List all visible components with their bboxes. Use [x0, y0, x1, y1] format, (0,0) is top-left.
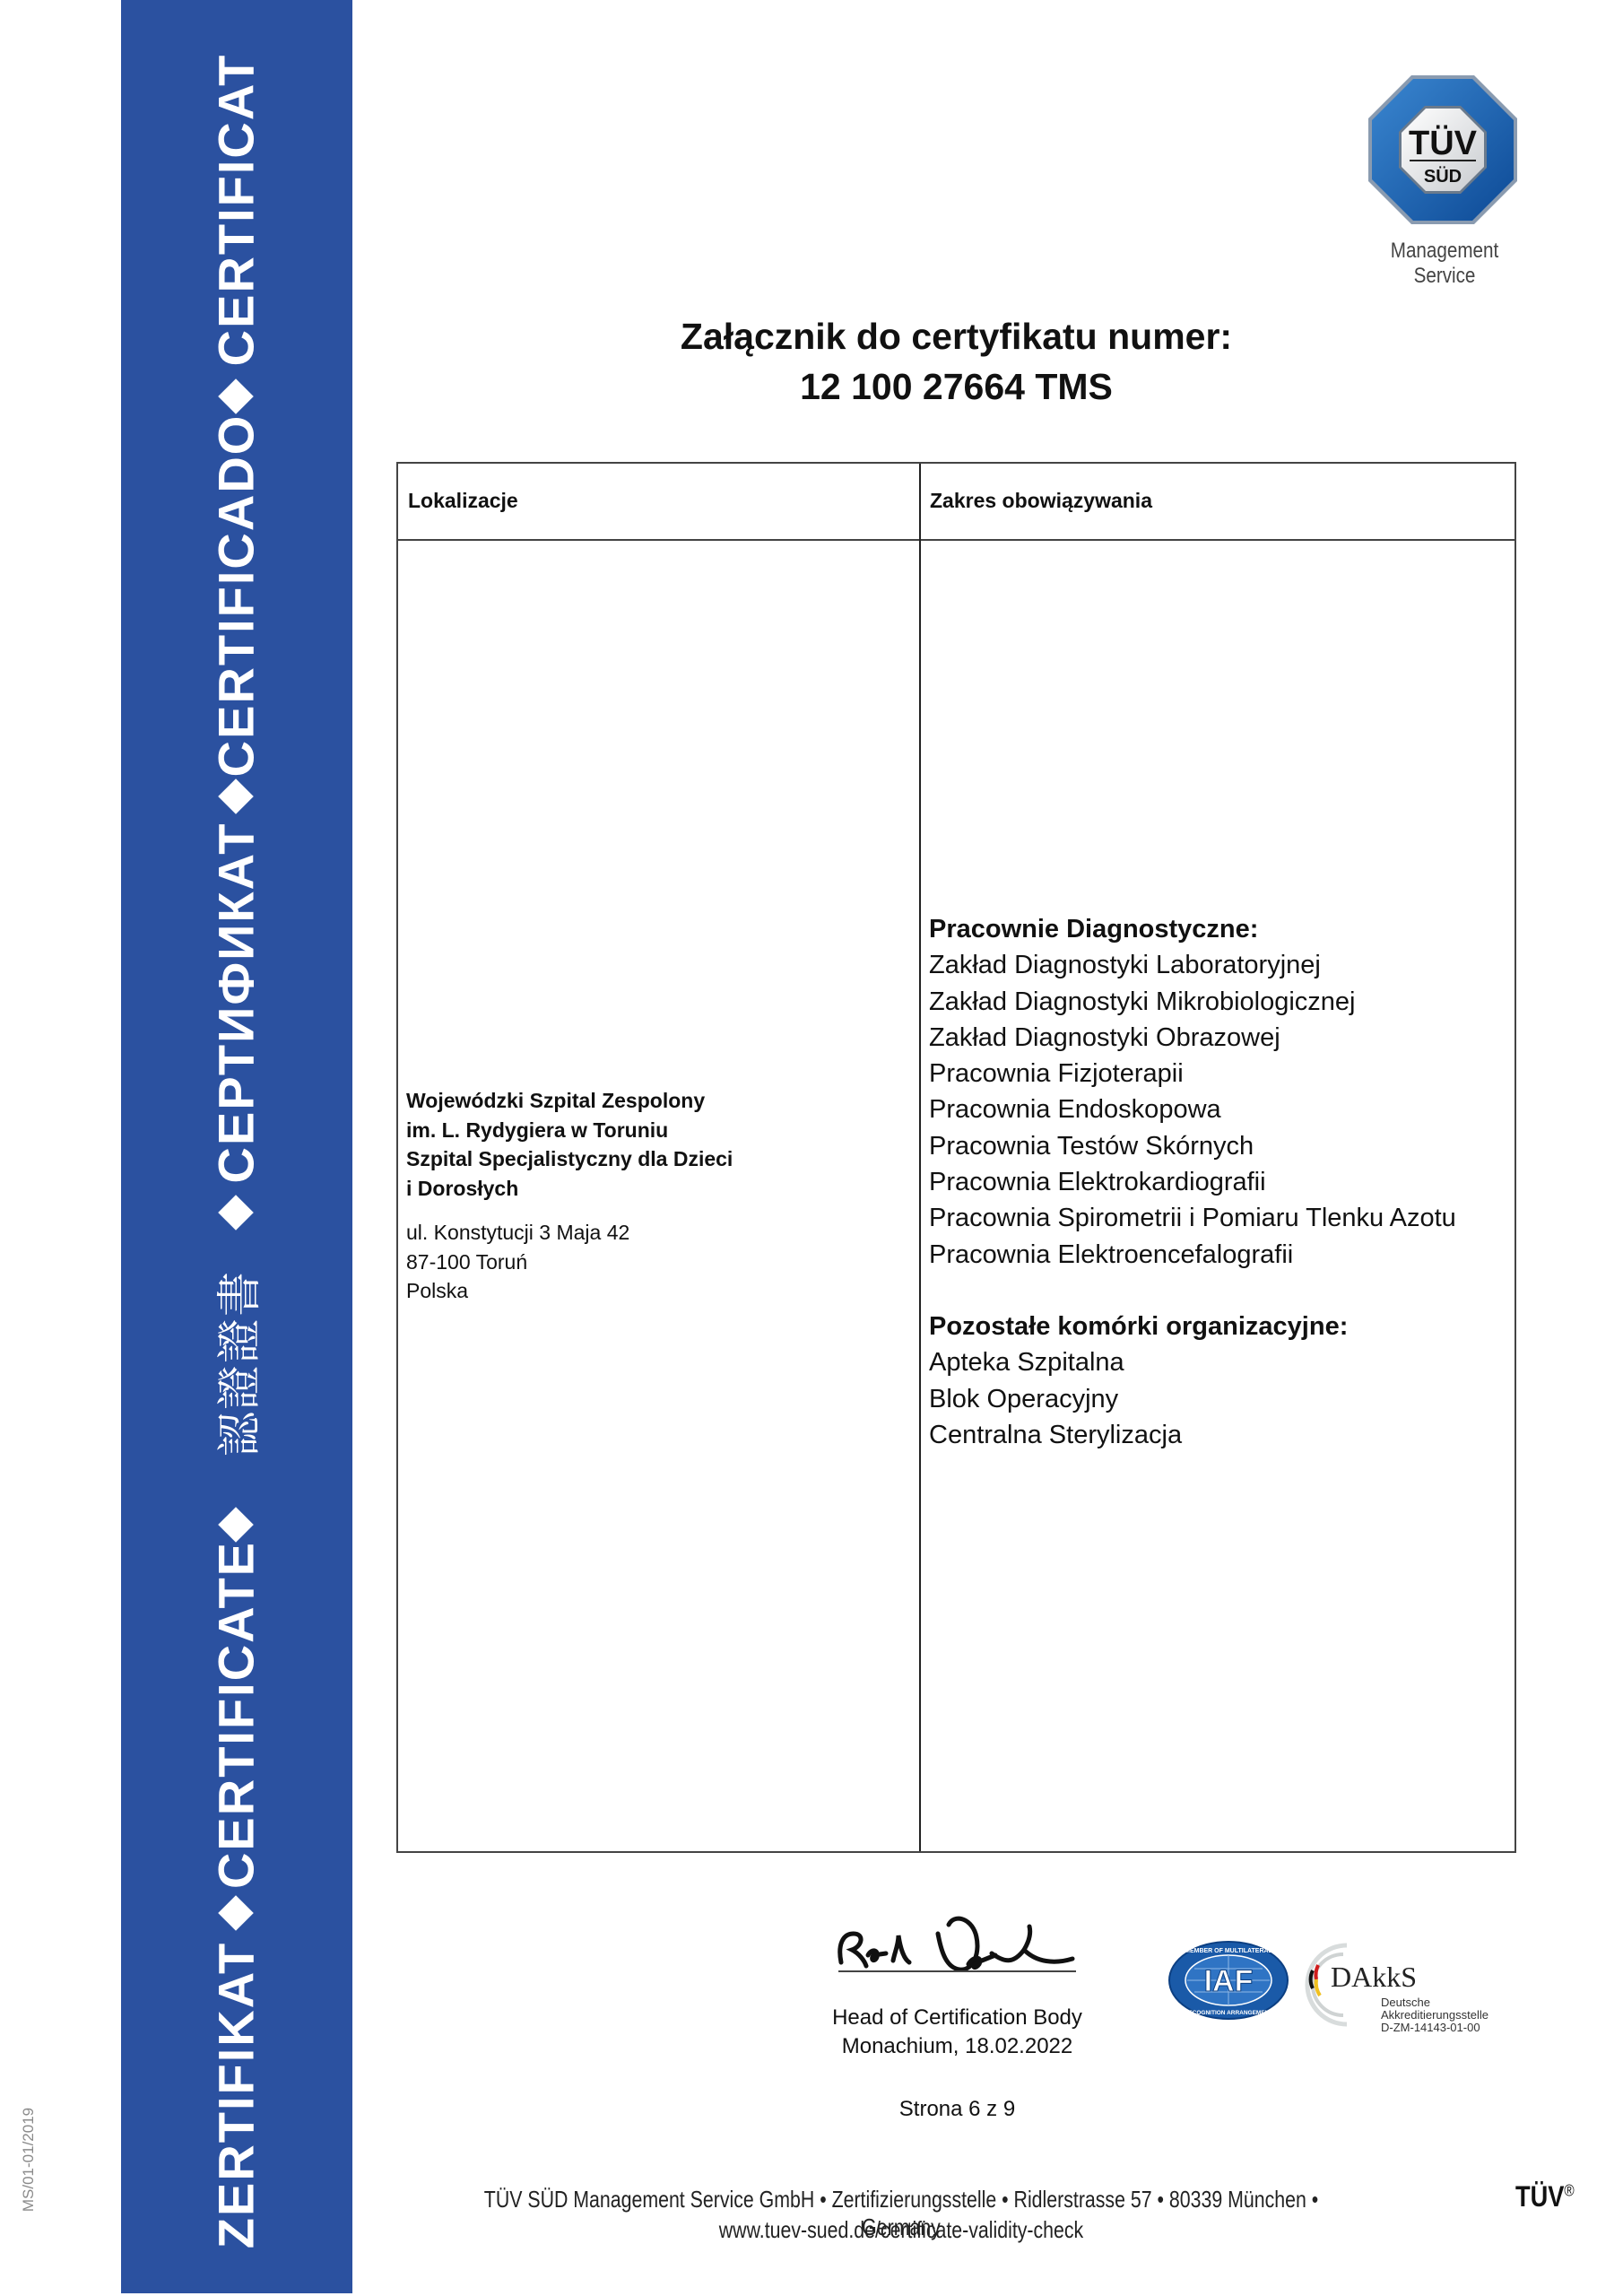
scope-item: Zakład Diagnostyki Laboratoryjnej — [929, 947, 1456, 983]
location-name-line: im. L. Rydygiera w Toruniu — [406, 1116, 733, 1145]
scope-item: Zakład Diagnostyki Mikrobiologicznej — [929, 984, 1456, 1020]
svg-text:IAF: IAF — [1204, 1964, 1254, 1998]
dakks-accreditation-number: D-ZM-14143-01-00 — [1381, 2022, 1488, 2034]
signature-place-date: Monachium, 18.02.2022 — [807, 2034, 1107, 2059]
scope-item: Pracownia Elektrokardiografii — [929, 1164, 1456, 1200]
scope-item: Apteka Szpitalna — [929, 1344, 1456, 1380]
form-code: MS/01-01/2019 — [20, 2108, 38, 2212]
location-name-line: i Dorosłych — [406, 1174, 733, 1204]
column-header-scope: Zakres obowiązywania — [930, 489, 1152, 513]
band-word-certificat: CERTIFICAT — [207, 54, 265, 367]
scope-item: Centralna Sterylizacja — [929, 1417, 1456, 1453]
page-number: Strona 6 z 9 — [807, 2097, 1107, 2122]
svg-text:SÜD: SÜD — [1424, 166, 1462, 187]
table-divider — [398, 539, 1515, 541]
dakks-line: Akkreditierungsstelle — [1381, 2009, 1488, 2022]
band-word-chinese: 認證證書 — [204, 1270, 268, 1457]
scope-item: Zakład Diagnostyki Obrazowej — [929, 1020, 1456, 1056]
location-address: ul. Konstytucji 3 Maja 42 87-100 Toruń P… — [406, 1218, 733, 1306]
scope-group-heading: Pracownie Diagnostyczne: — [929, 911, 1456, 947]
scope-item: Pracownia Endoskopowa — [929, 1091, 1456, 1127]
scope-item: Pracownia Testów Skórnych — [929, 1128, 1456, 1164]
logo-caption: Management Service — [1364, 239, 1526, 289]
tuv-trademark-icon: TÜV® — [1515, 2180, 1575, 2213]
svg-text:MEMBER OF MULTILATERAL: MEMBER OF MULTILATERAL — [1185, 1948, 1272, 1954]
scope-item: Pracownia Spirometrii i Pomiaru Tlenku A… — [929, 1200, 1456, 1236]
dakks-line: Deutsche — [1381, 1996, 1488, 2009]
scope-cell: Pracownie Diagnostyczne: Zakład Diagnost… — [929, 911, 1456, 1453]
location-cell: Wojewódzki Szpital Zespolony im. L. Rydy… — [406, 1086, 733, 1306]
address-line: Polska — [406, 1276, 733, 1306]
column-header-locations: Lokalizacje — [408, 489, 518, 513]
signature-icon — [834, 1909, 1081, 1980]
location-name-line: Szpital Specjalistyczny dla Dzieci — [406, 1144, 733, 1174]
table-divider — [919, 464, 921, 1851]
footer-validity-link[interactable]: www.tuev-sued.de/certificate-validity-ch… — [456, 2216, 1346, 2244]
signatory-role: Head of Certification Body — [807, 2005, 1107, 2031]
scope-item: Blok Operacyjny — [929, 1381, 1456, 1417]
band-word-zertifikat: ZERTIFIKAT — [207, 1942, 265, 2248]
scope-item: Pracownia Fizjoterapii — [929, 1056, 1456, 1091]
dakks-name: DAkkS — [1331, 1961, 1417, 1994]
address-line: 87-100 Toruń — [406, 1248, 733, 1277]
registered-mark: ® — [1564, 2181, 1574, 2199]
band-word-sertifikat: СЕРТИФИКАТ — [207, 822, 265, 1184]
scope-group-heading: Pozostałe komórki organizacyjne: — [929, 1309, 1456, 1344]
tuv-mark-text: TÜV — [1515, 2180, 1564, 2213]
certificate-number: 12 100 27664 TMS — [396, 366, 1516, 408]
dakks-details: Deutsche Akkreditierungsstelle D-ZM-1414… — [1381, 1996, 1488, 2034]
band-word-certificate: CERTIFICATE — [207, 1541, 265, 1889]
svg-text:TÜV: TÜV — [1409, 124, 1478, 162]
iaf-logo-icon: IAF MEMBER OF MULTILATERAL RECOGNITION A… — [1167, 1940, 1289, 2021]
scope-item: Pracownia Elektroencefalografii — [929, 1237, 1456, 1273]
address-line: ul. Konstytucji 3 Maja 42 — [406, 1218, 733, 1248]
location-name-line: Wojewódzki Szpital Zespolony — [406, 1086, 733, 1116]
tuv-sud-logo-icon: TÜV SÜD — [1367, 74, 1519, 226]
band-word-certificado: CERTIFICADO — [207, 414, 265, 778]
page-title: Załącznik do certyfikatu numer: — [396, 316, 1516, 358]
svg-text:RECOGNITION ARRANGEMENT: RECOGNITION ARRANGEMENT — [1185, 2010, 1273, 2016]
